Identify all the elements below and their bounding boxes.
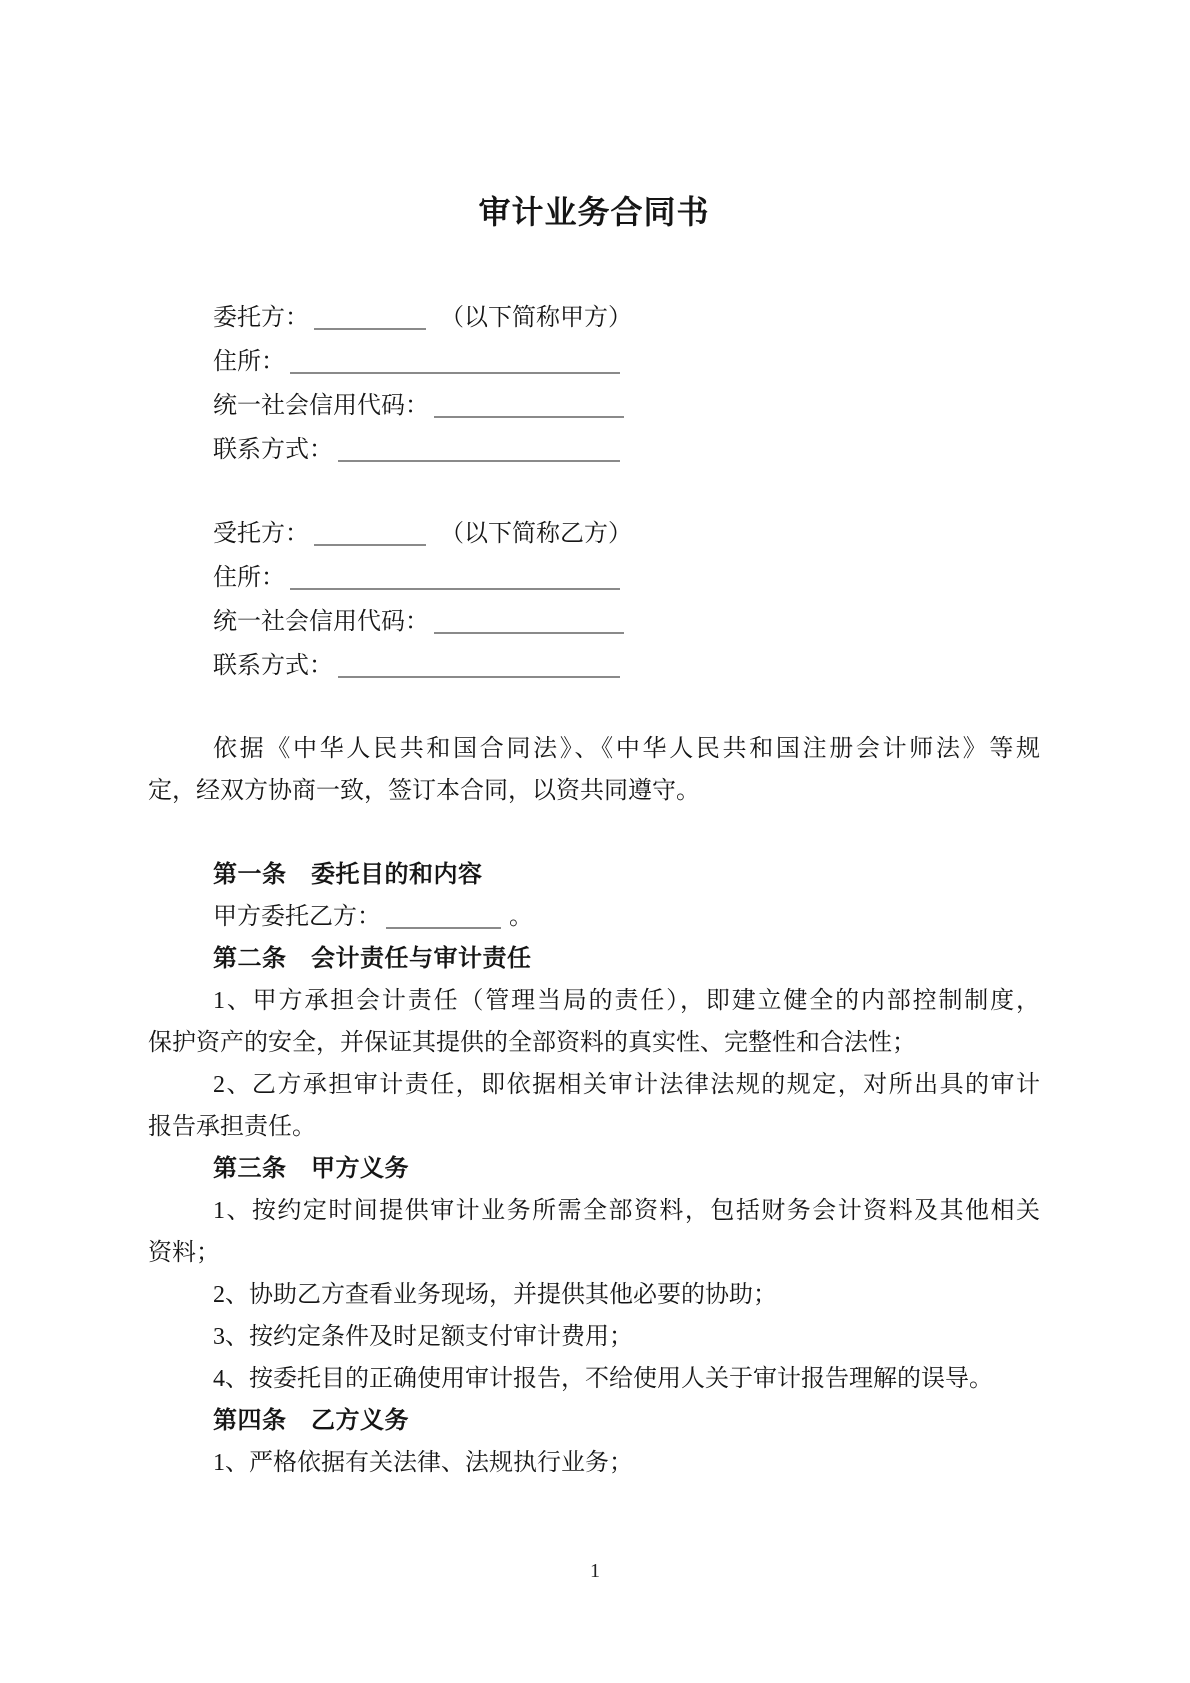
party-b-name-suffix: （以下简称乙方） [440,521,632,547]
article-2-clause-1-line-2: 保护资产的安全，并保证其提供的全部资料的真实性、完整性和合法性； [148,1022,1040,1064]
article-1-purpose-line: 甲方委托乙方：。 [148,896,1040,938]
party-b-address-label: 住所： [213,565,285,591]
party-a-credit-code-blank [434,416,624,418]
party-a-contact-line: 联系方式： [148,428,1040,472]
article-2-clause-2-line-2: 报告承担责任。 [148,1106,1040,1148]
article-4-heading: 第四条 乙方义务 [148,1400,1040,1442]
preamble-paragraph: 依据《中华人民共和国合同法》、《中华人民共和国注册会计师法》等规 定，经双方协商… [148,728,1040,812]
party-a-address-line: 住所： [148,340,1040,384]
article-4-clause-1: 1、严格依据有关法律、法规执行业务； [148,1442,1040,1484]
article-1-purpose-blank [386,927,501,929]
party-a-credit-code-line: 统一社会信用代码： [148,384,1040,428]
article-3-clause-2: 2、协助乙方查看业务现场，并提供其他必要的协助； [148,1274,1040,1316]
party-a-contact-label: 联系方式： [213,437,333,463]
party-b-contact-label: 联系方式： [213,653,333,679]
party-b-block: 受托方：（以下简称乙方） 住所： 统一社会信用代码： 联系方式： [148,512,1040,688]
article-2-heading: 第二条 会计责任与审计责任 [148,938,1040,980]
party-b-contact-line: 联系方式： [148,644,1040,688]
party-b-address-blank [290,588,620,590]
party-a-address-label: 住所： [213,349,285,375]
document-title: 审计业务合同书 [148,0,1040,232]
article-2-clause-1-line-1: 1、甲方承担会计责任（管理当局的责任），即建立健全的内部控制制度， [148,980,1040,1022]
party-b-credit-code-label: 统一社会信用代码： [213,609,429,635]
article-1-tail: 。 [509,904,533,930]
party-b-credit-code-blank [434,632,624,634]
article-3-heading: 第三条 甲方义务 [148,1148,1040,1190]
page-content: 审计业务合同书 委托方：（以下简称甲方） 住所： 统一社会信用代码： 联系方式：… [148,0,1040,1484]
article-3-clause-4: 4、按委托目的正确使用审计报告，不给使用人关于审计报告理解的误导。 [148,1358,1040,1400]
party-a-block: 委托方：（以下简称甲方） 住所： 统一社会信用代码： 联系方式： [148,296,1040,472]
party-a-contact-blank [338,460,620,462]
party-b-name-line: 受托方：（以下简称乙方） [148,512,1040,556]
preamble-line-1: 依据《中华人民共和国合同法》、《中华人民共和国注册会计师法》等规 [148,728,1040,770]
article-1-heading: 第一条 委托目的和内容 [148,854,1040,896]
party-b-name-label: 受托方： [213,521,309,547]
party-a-name-line: 委托方：（以下简称甲方） [148,296,1040,340]
party-a-credit-code-label: 统一社会信用代码： [213,393,429,419]
party-a-name-blank [314,328,426,330]
articles-section: 第一条 委托目的和内容 甲方委托乙方：。 第二条 会计责任与审计责任 1、甲方承… [148,854,1040,1484]
party-b-address-line: 住所： [148,556,1040,600]
article-3-clause-1-line-1: 1、按约定时间提供审计业务所需全部资料，包括财务会计资料及其他相关 [148,1190,1040,1232]
party-a-address-blank [290,372,620,374]
article-3-clause-1-line-2: 资料； [148,1232,1040,1274]
article-2-clause-2-line-1: 2、乙方承担审计责任，即依据相关审计法律法规的规定，对所出具的审计 [148,1064,1040,1106]
party-a-name-label: 委托方： [213,305,309,331]
party-b-credit-code-line: 统一社会信用代码： [148,600,1040,644]
article-1-lead: 甲方委托乙方： [213,904,381,930]
article-3-clause-3: 3、按约定条件及时足额支付审计费用； [148,1316,1040,1358]
party-a-name-suffix: （以下简称甲方） [440,305,632,331]
preamble-line-2: 定，经双方协商一致，签订本合同，以资共同遵守。 [148,770,1040,812]
party-b-contact-blank [338,676,620,678]
party-b-name-blank [314,544,426,546]
page-number: 1 [0,1558,1190,1584]
contract-page: 审计业务合同书 委托方：（以下简称甲方） 住所： 统一社会信用代码： 联系方式：… [0,0,1190,1683]
